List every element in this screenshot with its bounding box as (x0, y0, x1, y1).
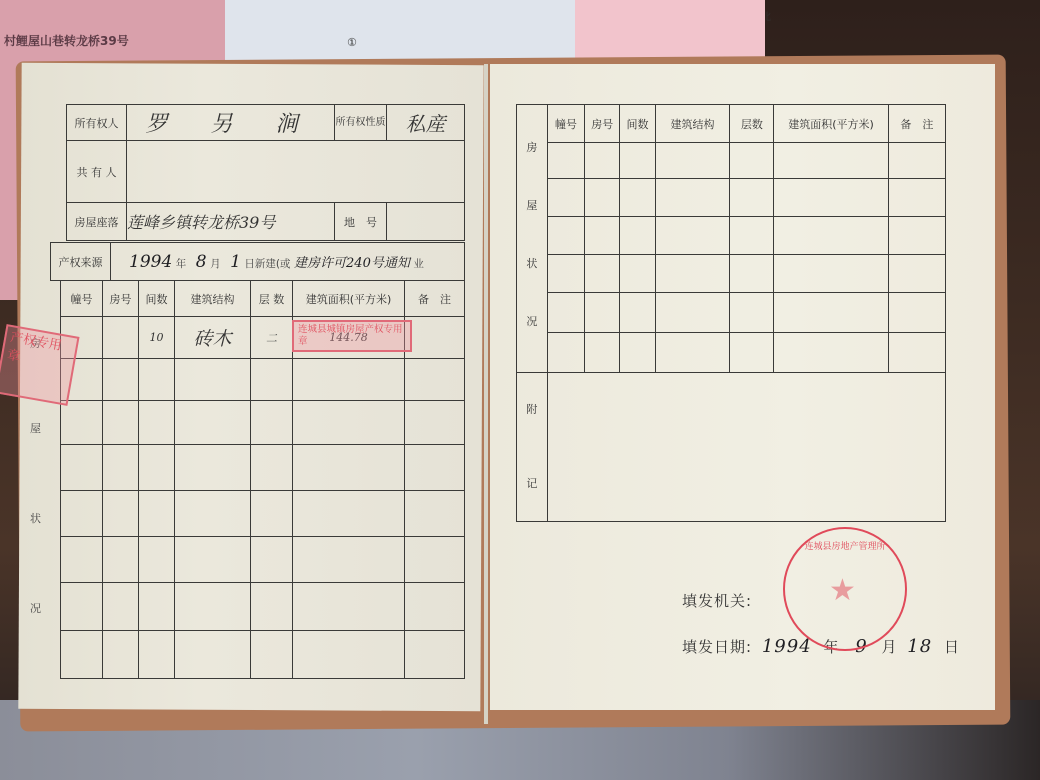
source-month: 8 (196, 252, 207, 272)
table-row (61, 401, 465, 445)
table-row (517, 255, 946, 293)
source-day: 1 (230, 252, 241, 272)
source-tail: 业 (413, 258, 424, 270)
table-row (61, 537, 465, 583)
location-value: 莲峰乡镇转龙桥39号 (127, 203, 335, 241)
round-stamp-text: 连城县房地产管理所 (797, 539, 893, 552)
side-label-char: 状 (30, 510, 41, 526)
background-document-text: 村鲤屋山巷转龙桥39号 (4, 32, 129, 49)
col-header: 间数 (139, 281, 175, 317)
notes-label: 附 记 (517, 373, 548, 522)
cell-remarks (405, 317, 465, 359)
cell-floors: 二 (251, 317, 293, 359)
col-header: 房号 (585, 105, 620, 143)
table-row (61, 583, 465, 631)
issuing-authority-label: 填发机关: (682, 592, 752, 610)
cell-structure: 砖木 (175, 317, 251, 359)
issue-day-unit: 日 (944, 638, 960, 656)
right-house-status-table: 房 屋 状 况 幢号 房号 间数 建筑结构 层数 建筑面积(平方米) 备 注 附… (516, 104, 946, 522)
table-row (517, 293, 946, 333)
issue-month-unit: 月 (881, 638, 897, 656)
property-source-table: 产权来源 1994 年 8 月 1 日新建(或 建房许可240号通知 业 (50, 242, 465, 281)
source-month-unit: 月 (210, 258, 221, 270)
notes-value (547, 373, 945, 522)
col-header: 建筑结构 (655, 105, 730, 143)
right-side-label: 房 屋 状 况 (517, 105, 548, 373)
owner-label: 所有权人 (67, 105, 127, 141)
area-stamp: 连城县城镇房屋产权专用章 (292, 320, 412, 352)
table-row (61, 445, 465, 491)
table-row (517, 333, 946, 373)
col-header: 房号 (103, 281, 139, 317)
source-day-suffix: 日新建(或 (244, 258, 290, 270)
side-label-char: 况 (30, 600, 41, 616)
location-label: 房屋座落 (67, 203, 127, 241)
col-header: 层数 (730, 105, 774, 143)
notes-label-char: 附 (517, 373, 547, 447)
side-label-char: 房 (517, 119, 547, 177)
owner-info-table: 所有权人 罗 另 涧 所有权性质 私産 共 有 人 房屋座落 莲峰乡镇转龙桥39… (66, 104, 465, 241)
notes-label-char: 记 (517, 447, 547, 521)
issue-day: 18 (907, 636, 932, 657)
source-value: 1994 年 8 月 1 日新建(或 建房许可240号通知 业 (111, 243, 465, 281)
col-header: 建筑面积(平方米) (774, 105, 888, 143)
table-row (517, 179, 946, 217)
table-row (61, 359, 465, 401)
issuing-authority: 填发机关: (682, 590, 752, 611)
co-owner-label: 共 有 人 (67, 141, 127, 203)
official-round-stamp: 连城县房地产管理所 ★ (783, 527, 907, 651)
side-label-char: 况 (517, 293, 547, 351)
table-row (61, 631, 465, 679)
table-row (61, 491, 465, 537)
area-stamp-text: 连城县城镇房屋产权专用章 (298, 324, 403, 347)
co-owner-value (127, 141, 465, 203)
lot-number-value (387, 203, 465, 241)
cell-room-no (103, 317, 139, 359)
col-header: 备 注 (405, 281, 465, 317)
source-label: 产权来源 (51, 243, 111, 281)
col-header: 建筑结构 (175, 281, 251, 317)
background-white-document: 北 ① (225, 0, 580, 62)
lot-number-label: 地 号 (335, 203, 387, 241)
side-label-char: 状 (517, 235, 547, 293)
col-header: 幢号 (547, 105, 584, 143)
col-header: 幢号 (61, 281, 103, 317)
side-stamp: 产权专用章 (0, 324, 80, 406)
cell-room-count: 10 (139, 317, 175, 359)
background-pink-form (575, 0, 765, 60)
ownership-nature-value: 私産 (387, 105, 465, 141)
owner-value: 罗 另 涧 (127, 105, 335, 141)
side-label-char: 屋 (517, 177, 547, 235)
table-row (517, 217, 946, 255)
issue-year: 1994 (762, 636, 812, 657)
side-label-char: 屋 (30, 420, 41, 436)
source-year-unit: 年 (176, 258, 187, 270)
col-header: 间数 (620, 105, 655, 143)
col-header: 建筑面积(平方米) (293, 281, 405, 317)
source-year: 1994 (129, 252, 172, 272)
table-row (517, 143, 946, 179)
side-stamp-text: 产权专用章 (6, 330, 63, 365)
book-spine (484, 64, 488, 724)
ownership-nature-label: 所有权性质 (335, 105, 387, 141)
circled-number: ① (347, 36, 357, 49)
col-header: 备 注 (888, 105, 945, 143)
source-handwritten: 建房许可240号通知 (294, 256, 410, 271)
col-header: 层 数 (251, 281, 293, 317)
issue-date-label: 填发日期: (682, 638, 752, 656)
star-icon: ★ (829, 573, 856, 608)
